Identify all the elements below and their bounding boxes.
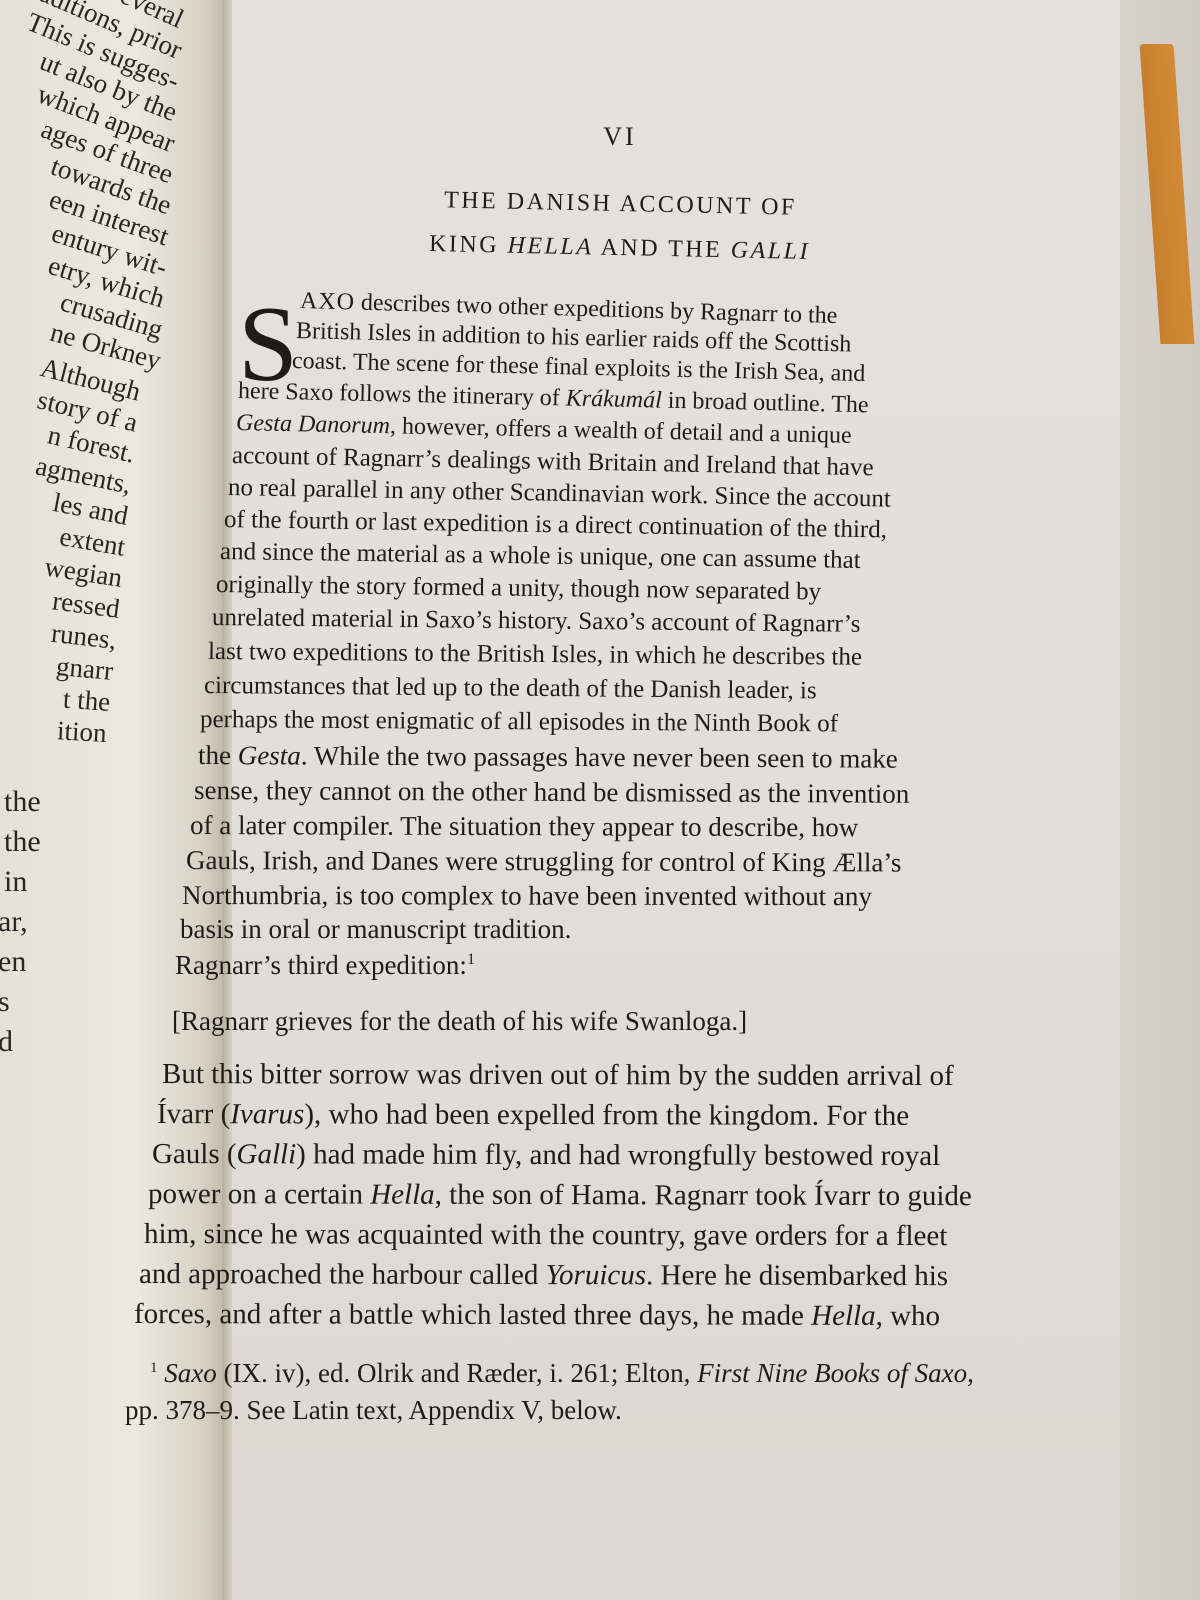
paragraph-line: perhaps the most enigmatic of all episod…: [200, 706, 838, 738]
left-page-line: the: [4, 785, 41, 819]
left-page-line: the: [4, 825, 41, 859]
quoted-line: But this bitter sorrow was driven out of…: [162, 1058, 954, 1093]
drop-cap: S: [238, 300, 298, 390]
paragraph-line: the Gesta. While the two passages have n…: [198, 740, 898, 775]
section-heading: Ragnarr’s third expedition:1: [175, 950, 475, 981]
quoted-line: and approached the harbour called Yoruic…: [139, 1258, 948, 1293]
paragraph-line: circumstances that led up to the death o…: [204, 672, 817, 705]
paragraph-line: sense, they cannot on the other hand be …: [194, 775, 909, 810]
bracket-note: [Ragnarr grieves for the death of his wi…: [172, 1006, 747, 1037]
quoted-line: Gauls (Galli) had made him fly, and had …: [152, 1138, 940, 1173]
left-page-line: gnarr: [55, 651, 115, 687]
left-page-line: ition: [57, 715, 108, 749]
paragraph-line: Gauls, Irish, and Danes were struggling …: [186, 845, 901, 878]
quoted-line: Ívarr (Ivarus), who had been expelled fr…: [157, 1098, 909, 1133]
paragraph-line: last two expeditions to the British Isle…: [208, 638, 862, 672]
left-page-line: s: [0, 985, 10, 1019]
footnote-line-2: pp. 378–9. See Latin text, Appendix V, b…: [125, 1395, 622, 1426]
left-page-line: d: [0, 1025, 13, 1059]
footnote-line-1: 1 Saxo (IX. iv), ed. Olrik and Ræder, i.…: [150, 1358, 974, 1389]
quoted-line: power on a certain Hella, the son of Ham…: [148, 1178, 972, 1213]
chapter-number: VI: [560, 122, 680, 152]
paragraph-line: Northumbria, is too complex to have been…: [182, 880, 872, 912]
quoted-line: forces, and after a battle which lasted …: [134, 1298, 940, 1333]
quoted-line: him, since he was acquainted with the co…: [144, 1218, 947, 1253]
left-page-line: en: [0, 945, 26, 979]
footnote-ref: 1: [467, 951, 475, 968]
first-word-small-caps: AXO: [300, 288, 356, 316]
paragraph-line: of a later compiler. The situation they …: [190, 810, 858, 843]
paragraph-line: basis in oral or manuscript tradition.: [180, 914, 571, 945]
chapter-title: THE DANISH ACCOUNT OF KING HELLA AND THE…: [329, 176, 911, 276]
left-page-line: ar,: [0, 905, 28, 939]
left-page-line: t the: [62, 684, 111, 718]
left-page-line: in: [4, 865, 27, 899]
